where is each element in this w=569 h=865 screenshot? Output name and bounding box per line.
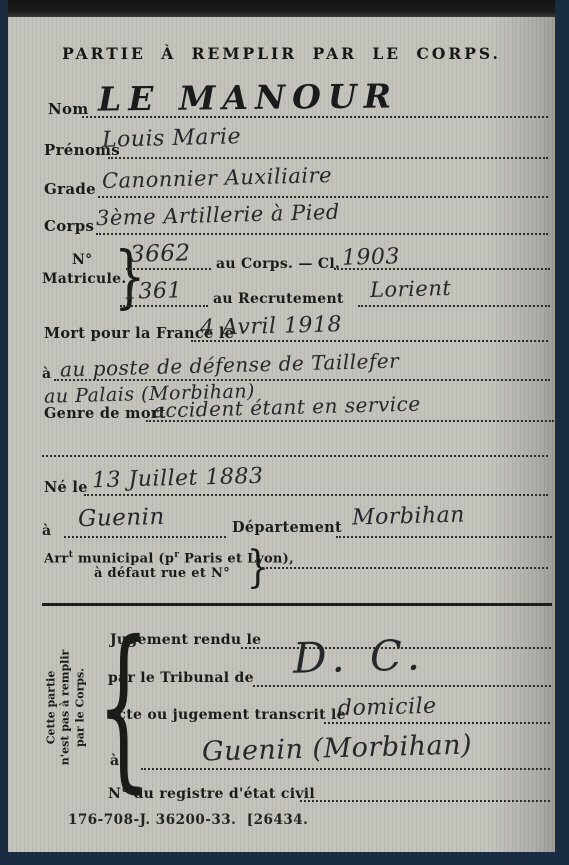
mort-date-handwritten: 4 Avril 1918: [200, 312, 343, 341]
tribunal-value-handwritten: D. C.: [292, 630, 426, 682]
ne-a-ruled-line: [64, 536, 226, 538]
matricule-recrutement-number-handwritten: 1361: [124, 278, 183, 305]
grade-label: Grade: [44, 180, 96, 198]
jugement-a-label: à: [110, 753, 119, 769]
print-serial-text: [26434.: [247, 812, 309, 828]
sidebar-note-line1: Cette partie: [45, 649, 59, 765]
mort-ruled-line: [191, 340, 548, 342]
print-code-text: 176-708-J. 36200-33.: [68, 812, 236, 828]
ne-le-ruled-line: [84, 494, 548, 496]
matricule-corps-line: [126, 268, 211, 270]
departement-ruled-line: [336, 536, 552, 538]
sidebar-note-vertical: Cette partie n'est pas à remplir par le …: [45, 649, 88, 765]
departement-value-handwritten: Morbihan: [352, 503, 465, 531]
print-code: 176-708-J. 36200-33. [26434.: [68, 812, 308, 828]
tribunal-line: [253, 685, 551, 687]
grade-ruled-line: [98, 196, 548, 198]
ne-a-value-handwritten: Guenin: [78, 504, 165, 532]
au-corps-label: au Corps. — Cl.: [216, 256, 340, 272]
registre-label: N° du registre d'état civil: [108, 786, 315, 802]
jugement-a-value-handwritten: Guenin (Morbihan): [202, 729, 473, 767]
au-recrutement-label: au Recrutement: [213, 291, 344, 307]
scan-top-shadow: [8, 0, 555, 17]
corps-ruled-line: [96, 233, 548, 235]
prenoms-ruled-line: [108, 157, 548, 159]
recrutement-lieu-handwritten: Lorient: [370, 276, 452, 302]
departement-label: Département: [232, 519, 342, 536]
transcrit-label: acte ou jugement transcrit le: [108, 707, 346, 723]
matricule-corps-number-handwritten: 3662: [130, 240, 191, 268]
matricule-label-line1: N°: [72, 252, 92, 268]
matricule-recrutement-line: [120, 305, 208, 307]
sidebar-note-line3: par le Corps.: [73, 649, 87, 765]
transcrit-line: [324, 722, 550, 724]
genre-mort-ruled-line: [146, 420, 554, 422]
registre-line: [300, 800, 550, 802]
ne-a-label: à: [42, 523, 51, 539]
arrondissement-ruled-line: [262, 567, 548, 569]
corps-label: Corps: [44, 217, 94, 235]
paper-sheet: PARTIE À REMPLIR PAR LE CORPS. Nom LE MA…: [8, 0, 555, 852]
classe-line: [334, 268, 550, 270]
arr-text-2: municipal (p: [73, 551, 174, 566]
ne-le-value-handwritten: 13 Juillet 1883: [92, 464, 264, 493]
lieu-mort-label: à: [42, 366, 51, 382]
corps-value-handwritten: 3ème Artillerie à Pied: [96, 200, 340, 230]
transcrit-value-handwritten: domicile: [338, 694, 437, 722]
arr-text-1: Arr: [44, 551, 69, 566]
nom-value-handwritten: LE MANOUR: [98, 76, 398, 118]
arrondissement-label-line2: à défaut rue et N°: [94, 566, 230, 581]
lieu-mort-line1-handwritten: au poste de défense de Taillefer: [60, 349, 400, 382]
recrutement-lieu-line: [358, 305, 550, 307]
jugement-rendu-label: Jugement rendu le: [110, 632, 261, 648]
arr-text-3: Paris et Lyon),: [179, 551, 294, 566]
sidebar-note-line2: n'est pas à remplir: [59, 649, 73, 765]
prenoms-value-handwritten: Louis Marie: [102, 124, 242, 153]
lieu-mort-ruled-line: [54, 379, 550, 381]
grade-value-handwritten: Canonnier Auxiliaire: [102, 163, 333, 193]
jugement-a-line: [141, 768, 550, 770]
scanned-record-card: PARTIE À REMPLIR PAR LE CORPS. Nom LE MA…: [0, 0, 569, 865]
form-title: PARTIE À REMPLIR PAR LE CORPS.: [8, 44, 555, 63]
nom-ruled-line: [82, 116, 548, 118]
classe-value-handwritten: 1903: [342, 244, 401, 271]
tribunal-label: par le Tribunal de: [108, 670, 254, 686]
ne-le-label: Né le: [44, 479, 88, 496]
section-divider-dotted: [42, 455, 548, 457]
